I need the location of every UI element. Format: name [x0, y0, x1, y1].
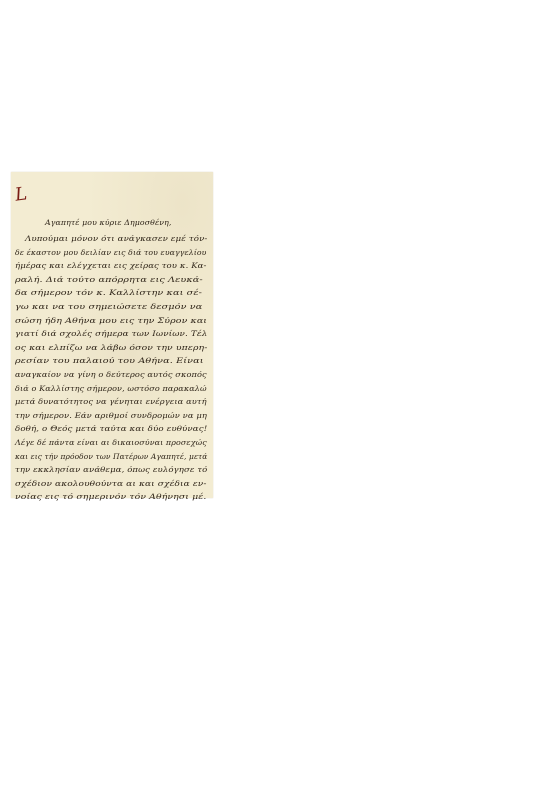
letter-line: δα σήμερον τόν κ. Καλλίστην και σέ- [15, 288, 202, 297]
letter-line: δοθή, ο Θεός μετά ταύτα και δύο ευθύνας! [15, 424, 207, 433]
letter-line: νοίας εις τό σημερινόν τόν Αθήνησι μέ. [15, 492, 206, 501]
letter-line: Λυπούμαι μόνον ότι ανάγκασεν εμέ τόν- [25, 234, 207, 243]
letter-line: Λέγε δέ πάντα είναι αι δικαιοσύναι προσε… [15, 438, 207, 447]
letter-line: σχέδιον ακολουθούντα αι και σχέδια εν- [15, 479, 207, 488]
letter-line: αναγκαίον να γίνη ο δεύτερος αυτός σκοπό… [15, 370, 207, 379]
letter-line: την σήμερον. Εάν αριθμοί συνδρομών να μη [15, 411, 207, 420]
letter-line: ήμέρας και ελέγχεται εις χείρας του κ. Κ… [15, 261, 207, 270]
letter-line: ρεσίαν του παλαιού του Αθήνα. Είναι [15, 356, 204, 365]
letter-line: γω και να του σημειώσετε δεσμόν να [15, 302, 202, 311]
folio-mark: L [14, 183, 29, 205]
letter-greeting: Αγαπητέ μου κύριε Δημοσθένη, [45, 218, 171, 227]
letter-line: την εκκλησίαν ανάθεμα, όπως ευλόγησε τό [15, 465, 207, 474]
letter-line: μετά δυνατότητος να γένηται ενέργεια αυτ… [15, 397, 207, 406]
letter-line: δε έκαστον μου δειλίαν εις διά του ευαγγ… [15, 248, 206, 257]
letter-line: και εις τήν πρόοδον των Πατέρων Αγαπητέ,… [15, 452, 207, 461]
handwritten-letter-page: L Αγαπητέ μου κύριε Δημοσθένη, Λυπούμαι … [11, 172, 213, 498]
letter-line: γιατί διά σχολές σήμερα των Ιωνίων. Τέλ [15, 329, 207, 338]
letter-line: ραλή. Διά τούτο απόρρητα εις Λευκά- [15, 275, 203, 284]
letter-line: ος και ελπίζω να λάβω όσον την υπερη- [15, 343, 208, 352]
letter-line: σώση ήδη Αθήνα μου εις την Σύρον και [15, 316, 207, 325]
letter-line: διά ο Καλλίστης σήμερον, ωστόσο παρακαλώ [15, 384, 207, 393]
